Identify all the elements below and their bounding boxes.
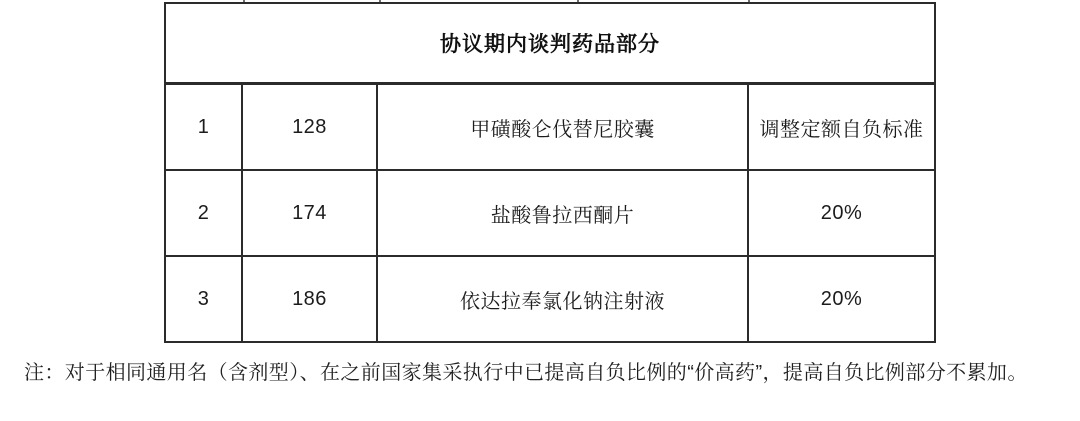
cell-drug-name: 甲磺酸仑伐替尼胶囊 bbox=[378, 85, 749, 169]
cell-drug-name: 盐酸鲁拉西酮片 bbox=[378, 171, 749, 255]
table-row: 2 174 盐酸鲁拉西酮片 20% bbox=[166, 171, 934, 257]
table-row: 3 186 依达拉奉氯化钠注射液 20% bbox=[166, 257, 934, 341]
cell-row-index: 1 bbox=[166, 85, 243, 169]
cell-copay-adjustment: 20% bbox=[749, 257, 934, 341]
cell-drug-id: 186 bbox=[243, 257, 378, 341]
cell-drug-name: 依达拉奉氯化钠注射液 bbox=[378, 257, 749, 341]
cell-row-index: 3 bbox=[166, 257, 243, 341]
negotiated-drugs-table: 协议期内谈判药品部分 1 128 甲磺酸仑伐替尼胶囊 调整定额自负标准 2 17… bbox=[164, 2, 936, 343]
cell-row-index: 2 bbox=[166, 171, 243, 255]
table-section-title: 协议期内谈判药品部分 bbox=[166, 4, 934, 85]
cell-copay-adjustment: 20% bbox=[749, 171, 934, 255]
document-page: 协议期内谈判药品部分 1 128 甲磺酸仑伐替尼胶囊 调整定额自负标准 2 17… bbox=[0, 0, 1080, 421]
table-row: 1 128 甲磺酸仑伐替尼胶囊 调整定额自负标准 bbox=[166, 85, 934, 171]
cell-copay-adjustment: 调整定额自负标准 bbox=[749, 85, 934, 169]
cell-drug-id: 128 bbox=[243, 85, 378, 169]
cell-drug-id: 174 bbox=[243, 171, 378, 255]
footnote-text: 注：对于相同通用名（含剂型）、在之前国家集采执行中已提高自负比例的“价高药”，提… bbox=[24, 359, 1074, 387]
